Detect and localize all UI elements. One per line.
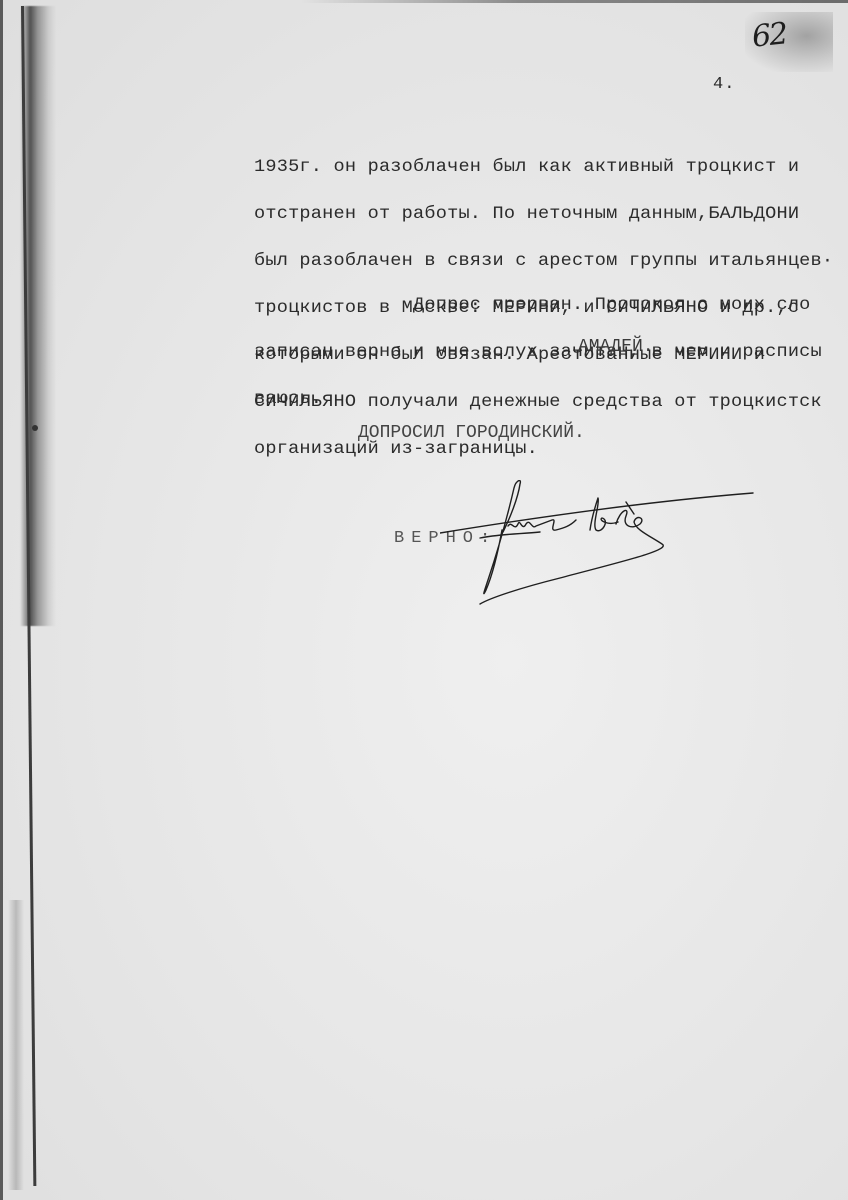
text-line: 1935г. он разоблачен был как активный тр… bbox=[254, 159, 833, 175]
text-line: ваюсь. bbox=[254, 391, 822, 407]
closing-paragraph: Допрос прерван. Протокол с моих сло запи… bbox=[254, 266, 822, 438]
page-number: 4. bbox=[713, 75, 735, 94]
handwritten-signature-icon bbox=[440, 480, 770, 610]
text-line: организаций из-заграницы. bbox=[254, 441, 833, 457]
signatory-name: АМАДЕЙ. bbox=[578, 337, 654, 357]
scan-left-edge bbox=[0, 0, 3, 1200]
text-line: отстранен от работы. По неточным данным,… bbox=[254, 206, 833, 222]
interrogator-line: ДОПРОСИЛ ГОРОДИНСКИЙ. bbox=[358, 423, 585, 443]
binding-lower-shadow bbox=[8, 900, 24, 1190]
punch-hole-mark bbox=[32, 425, 38, 431]
text-line: записан верно и мне вслух зачитан, в чем… bbox=[254, 344, 822, 360]
archive-folio-number: 62 bbox=[750, 16, 788, 54]
scan-top-edge bbox=[300, 0, 848, 3]
scanned-document-page: 62 4. 1935г. он разоблачен был как актив… bbox=[0, 0, 848, 1200]
text-line: Допрос прерван. Протокол с моих сло bbox=[254, 297, 822, 313]
